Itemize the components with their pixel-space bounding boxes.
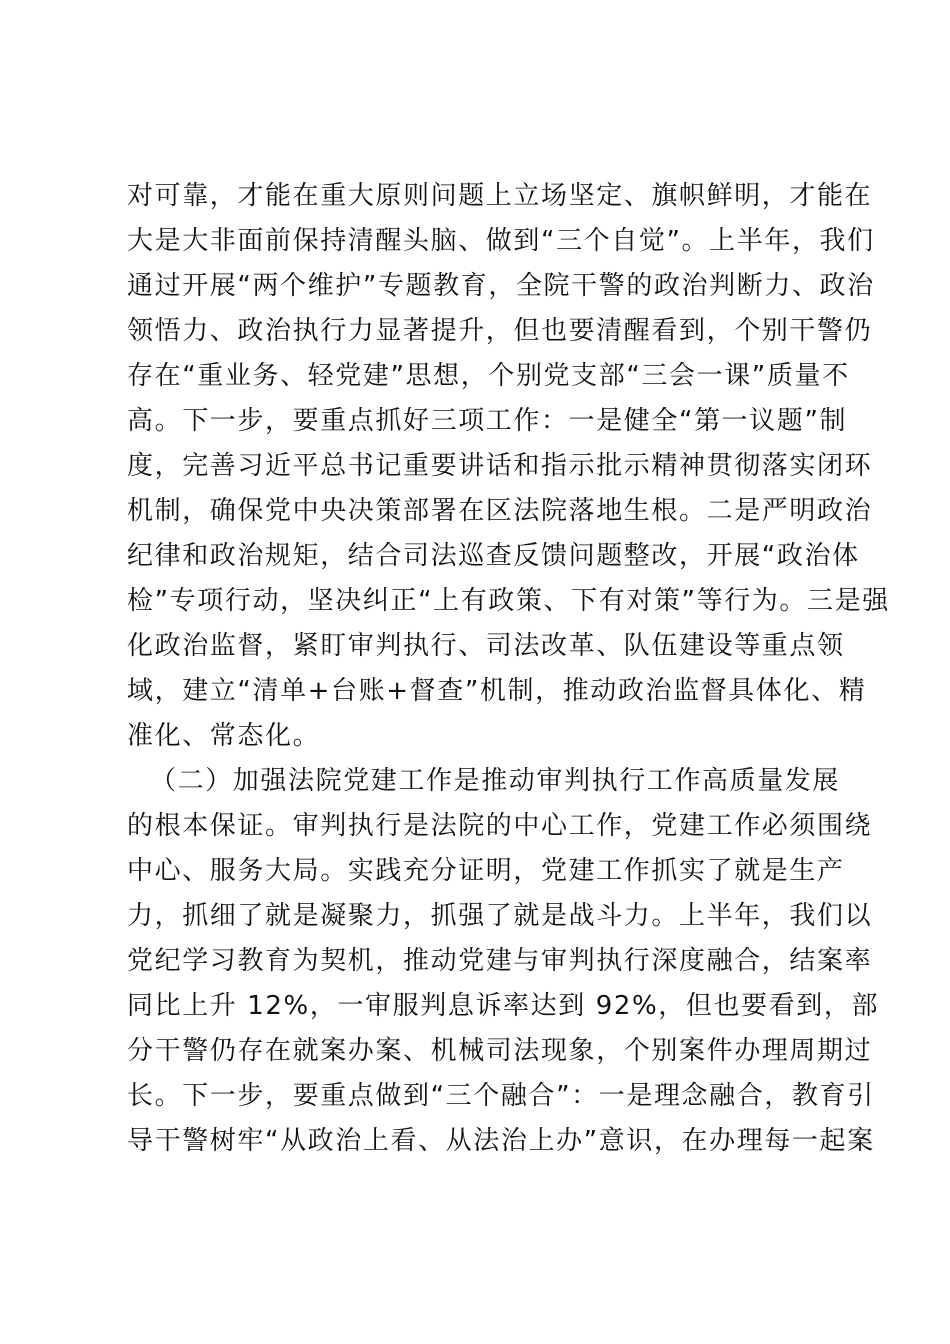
text-line: 检”专项行动，坚决纠正“上有政策、下有对策”等行为。三是强 [127,579,890,624]
text-line: 力，抓细了就是凝聚力，抓强了就是战斗力。上半年，我们以 [127,894,872,939]
text-line: 通过开展“两个维护”专题教育，全院干警的政治判断力、政治 [127,264,875,309]
text-line: 分干警仍存在就案办案、机械司法现象，个别案件办理周期过 [127,1029,872,1074]
text-line: 域，建立“清单+台账+督查”机制，推动政治监督具体化、精 [127,669,866,714]
text-line: 的根本保证。审判执行是法院的中心工作，党建工作必须围绕 [127,804,872,849]
text-line: 长。下一步，要重点做到“三个融合”：一是理念融合，教育引 [127,1074,875,1119]
section-heading-line: （二）加强法院党建工作是推动审判执行工作高质量发展 [150,759,840,804]
document-page: 对可靠，才能在重大原则问题上立场坚定、旗帜鲜明，才能在 大是大非面前保持清醒头脑… [0,0,950,1344]
text-line: 高。下一步，要重点抓好三项工作：一是健全“第一议题”制 [127,399,847,444]
text-line: 化政治监督，紧盯审判执行、司法改革、队伍建设等重点领 [127,624,845,669]
text-line: 同比上升 12%，一审服判息诉率达到 92%，但也要看到，部 [127,984,879,1029]
text-line: 对可靠，才能在重大原则问题上立场坚定、旗帜鲜明，才能在 [127,174,872,219]
text-line: 中心、服务大局。实践充分证明，党建工作抓实了就是生产 [127,849,845,894]
text-line: 纪律和政治规矩，结合司法巡查反馈问题整改，开展“政治体 [127,534,860,579]
paragraph-end-line: 准化、常态化。 [127,714,320,759]
text-line: 机制，确保党中央决策部署在区法院落地生根。二是严明政治 [127,489,872,534]
text-line: 党纪学习教育为契机，推动党建与审判执行深度融合，结案率 [127,939,872,984]
text-line: 导干警树牢“从政治上看、从法治上办”意识，在办理每一起案 [127,1119,875,1164]
text-line: 存在“重业务、轻党建”思想，个别党支部“三会一课”质量不 [127,354,850,399]
text-line: 大是大非面前保持清醒头脑、做到“三个自觉”。上半年，我们 [127,219,875,264]
text-line: 领悟力、政治执行力显著提升，但也要清醒看到，个别干警仍 [127,309,872,354]
text-line: 度，完善习近平总书记重要讲话和指示批示精神贯彻落实闭环 [127,444,872,489]
